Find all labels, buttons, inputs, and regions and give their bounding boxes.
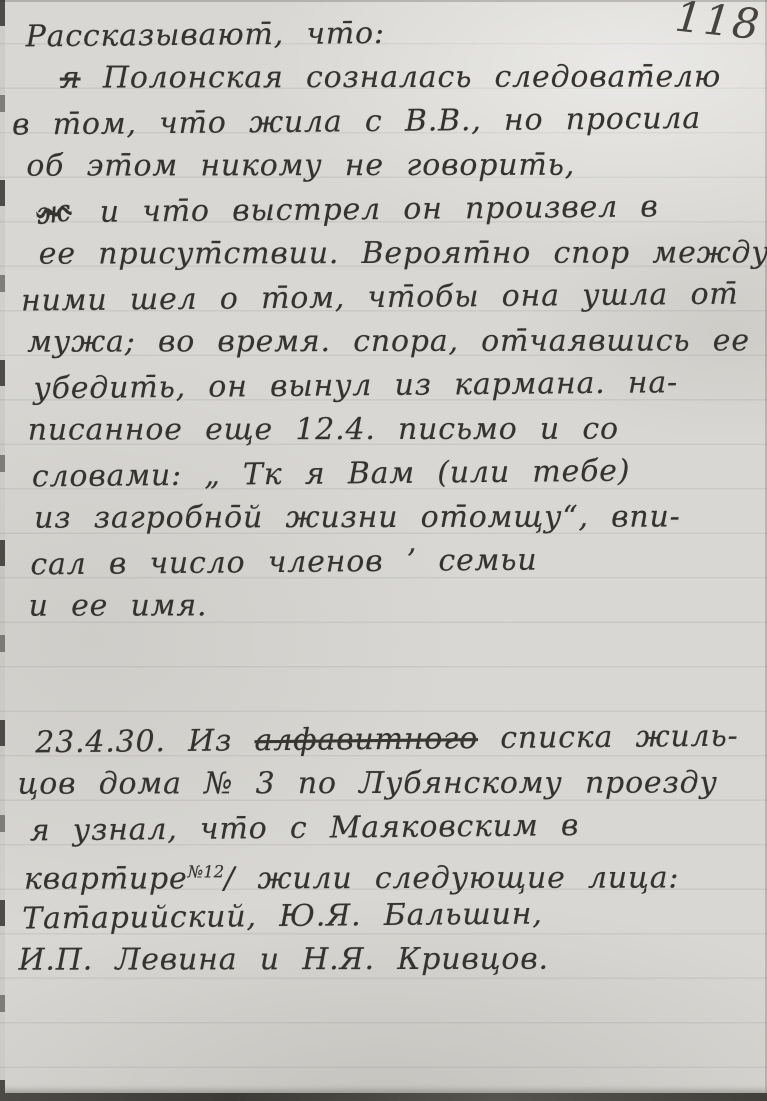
handwritten-text: об эт̄ом никому не говорит̄ь, (26, 148, 575, 184)
handwritten-text: цов дома № 3 по Лубянскому проезду (18, 765, 718, 801)
handwritten-line: мужа; во время. спора, от̄чаявшись ее (0, 319, 766, 364)
handwritten-line: словами: „ Тк я Вам (или тебе) (0, 448, 767, 499)
handwritten-line: Рассказывают̄, чт̄о: (0, 8, 765, 59)
handwritten-text: из загробно̄й жизни от̄омщу“, впи- (34, 499, 680, 535)
scan-edge-left (0, 0, 5, 1101)
handwritten-line: ж и чт̄о выстрел он произвел в (0, 184, 766, 235)
page-number: 118 (673, 0, 763, 46)
handwritten-text: Рассказывают̄, чт̄о: (25, 16, 385, 54)
handwritten-text: И.П. Левина и Н.Я. Кривцов. (18, 942, 548, 978)
handwritten-text: убедит̄ь, он вынул из кармана. на- (33, 365, 678, 406)
handwritten-line: цов дома № 3 по Лубянскому проезду (1, 761, 767, 806)
handwritten-line: ее присут̄ствии. Вероят̄но спор между (0, 231, 766, 276)
handwritten-text: Полонская созналась следоват̄елю (80, 59, 721, 95)
handwritten-text: ними шел о т̄ом, чт̄обы она ушла от̄ (21, 277, 739, 319)
scan-edge-bottom (0, 1093, 767, 1101)
handwritten-line: И.П. Левина и Н.Я. Кривцов. (2, 937, 767, 982)
crossed-out-text: алфавитного (254, 721, 478, 758)
superscript-apartment-number: №12 (188, 862, 225, 881)
handwritten-line: из загробно̄й жизни от̄омщу“, впи- (0, 495, 767, 540)
handwritten-line: я узнал, чт̄о с Маяковским в (2, 802, 767, 853)
handwritten-text: сал в число членов ʼ семьи (30, 543, 537, 583)
handwritten-line: я Полонская созналась следоват̄елю (0, 55, 765, 100)
scan-edge-top (0, 0, 767, 2)
scanned-manuscript-page: 118 Рассказывают̄, чт̄о:я Полонская созн… (0, 0, 767, 1101)
handwritten-line: убедит̄ь, он вынул из кармана. на- (0, 360, 767, 411)
handwritten-text: Тат̄арийский, Ю.Я. Бальшин, (22, 896, 543, 936)
handwritten-line: сал в число членов ʼ семьи (0, 536, 767, 587)
handwritten-line: писанное еще 12.4. письмо и со (0, 407, 767, 452)
handwritten-text: кварт̄ире (24, 861, 188, 896)
handwritten-line: ними шел о т̄ом, чт̄обы она ушла от̄ (0, 272, 766, 323)
handwritten-text: я узнал, чт̄о с Маяковским в (30, 808, 580, 848)
handwritten-text: в т̄ом, чт̄о жила с В.В., но просила (12, 101, 701, 143)
handwritten-text: и чт̄о выстрел он произвел в (77, 189, 658, 230)
scribbled-out-mark: ж (34, 189, 74, 237)
handwritten-text: и ее имя. (29, 588, 208, 623)
handwritten-text: словами: „ Тк я Вам (или тебе) (32, 454, 631, 495)
entry-23-4-30-list-of-tenants: 23.4.30. Из алфавитного списка жиль-цов … (1, 716, 767, 984)
handwritten-text: списка жиль- (478, 719, 739, 756)
handwritten-text: 23.4.30. Из (35, 723, 255, 760)
handwritten-text: ее присут̄ствии. Вероят̄но спор между (39, 235, 767, 271)
entry-rumors-about-polonskaya: Рассказывают̄, чт̄о:я Полонская созналас… (0, 10, 767, 630)
handwritten-line: об эт̄ом никому не говорит̄ь, (0, 143, 765, 188)
handwritten-line: Тат̄арийский, Ю.Я. Бальшин, (2, 890, 767, 941)
handwritten-line: кварт̄ире№12/ жили следующие лица: (2, 849, 767, 894)
handwriting-block: Рассказывают̄, чт̄о:я Полонская созналас… (0, 0, 767, 984)
handwritten-text: мужа; во время. спора, от̄чаявшись ее (27, 323, 750, 359)
handwritten-line: 23.4.30. Из алфавитного списка жиль- (1, 714, 767, 765)
handwritten-line: и ее имя. (1, 583, 767, 628)
crossed-out-text: я (60, 61, 81, 96)
handwritten-line: в т̄ом, чт̄о жила с В.В., но просила (0, 96, 765, 147)
handwritten-text: писанное еще 12.4. письмо и со (28, 412, 619, 448)
